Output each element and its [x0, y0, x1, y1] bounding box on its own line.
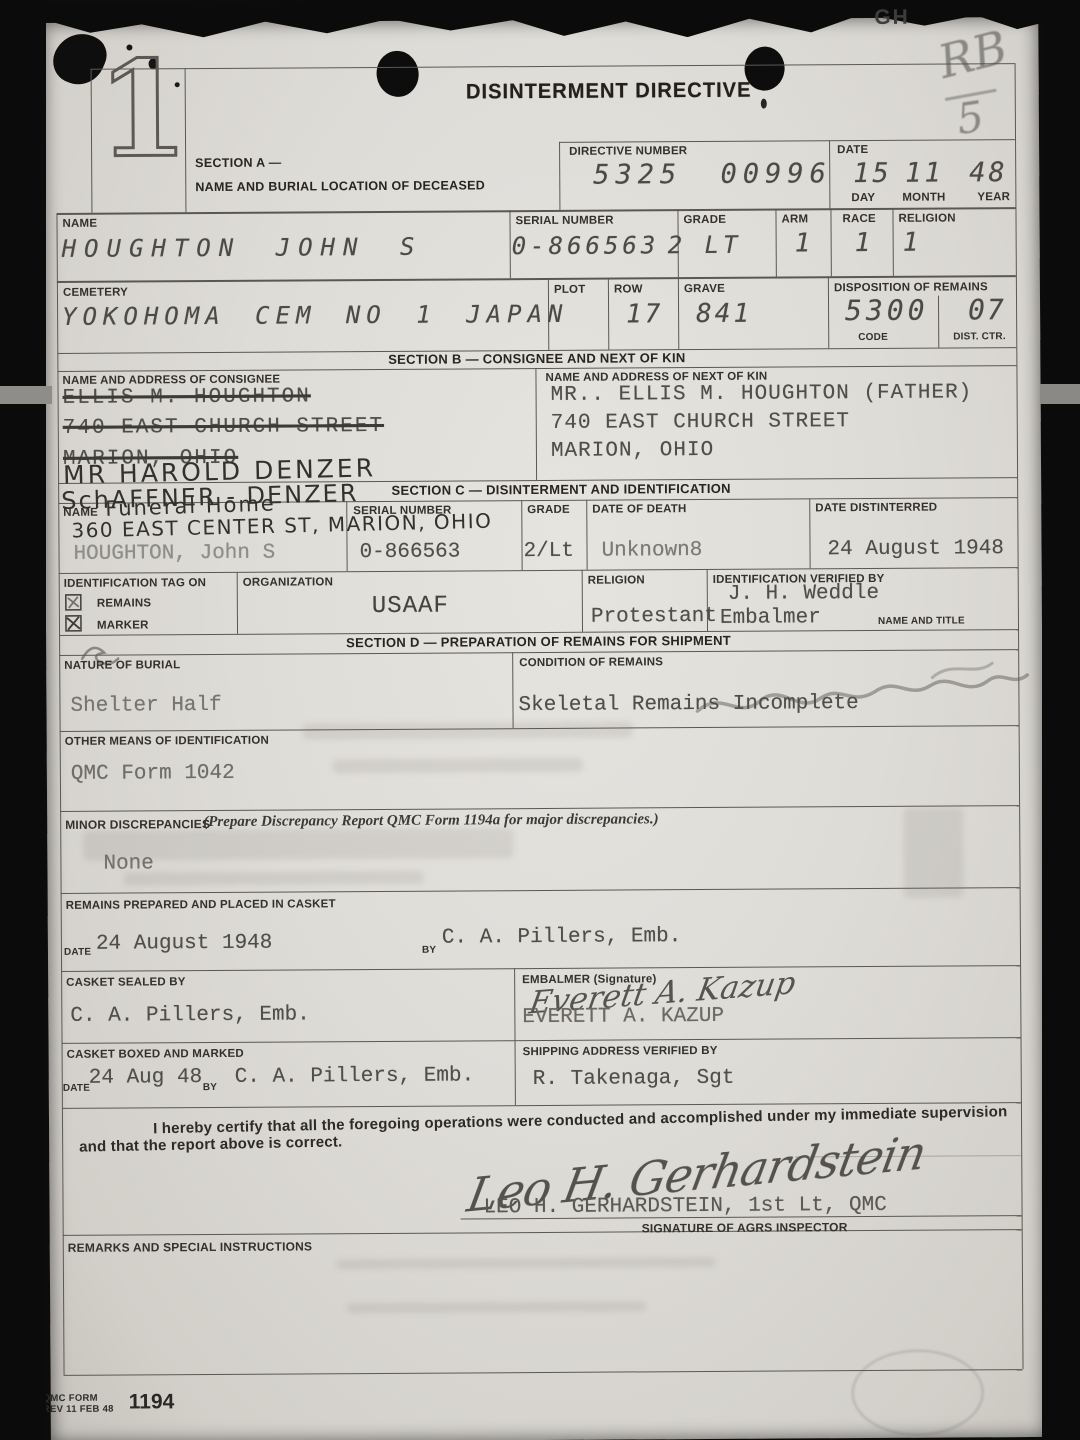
- pencil-scribble-condition: [682, 647, 1042, 729]
- boxed-by-value: C. A. Pillers, Emb.: [235, 1064, 475, 1088]
- row-label: ROW: [614, 283, 643, 295]
- scan-artifacts: [0, 0, 1078, 3]
- month-label: MONTH: [902, 192, 945, 204]
- serial-number-label: SERIAL NUMBER: [515, 215, 613, 228]
- date-month-value: 11: [905, 158, 944, 189]
- religion-label: RELIGION: [898, 212, 955, 224]
- date-of-death-value: Unknown8: [601, 539, 702, 563]
- directive-number-label: DIRECTIVE NUMBER: [569, 145, 687, 158]
- corner-note: GH: [874, 6, 910, 30]
- race-value: 1: [855, 228, 871, 258]
- name-label: NAME: [62, 218, 97, 230]
- next-of-kin-line: MARION, OHIO: [551, 439, 714, 463]
- date-label: DATE: [837, 144, 868, 156]
- consignee-line-struck: ELLIS M. HOUGHTON: [63, 385, 311, 410]
- minor-discrepancies-label: MINOR DISCREPANCIES: [65, 817, 210, 832]
- prepared-by-label: BY: [422, 945, 436, 956]
- minor-discrepancies-value: None: [103, 852, 154, 875]
- left-margin: [0, 0, 46, 1440]
- plot-label: PLOT: [554, 284, 586, 296]
- remarks-label: REMARKS AND SPECIAL INSTRUCTIONS: [68, 1239, 313, 1254]
- boxed-date-label: DATE: [63, 1083, 90, 1094]
- verified-by-name: J. H. Weddle: [728, 582, 879, 606]
- checkbox-marker-icon: [65, 615, 82, 632]
- prepared-date-label: DATE: [64, 947, 91, 958]
- casket-sealed-value: C. A. Pillers, Emb.: [70, 1003, 310, 1027]
- shipping-verified-value: R. Takenaga, Sgt: [533, 1067, 735, 1091]
- disposition-code-value: 5300: [845, 294, 929, 328]
- grade-value: 2 LT: [668, 231, 742, 259]
- dist-ctr-label: DIST. CTR.: [953, 331, 1006, 342]
- disposition-dist-value: 07: [968, 293, 1006, 326]
- organization-value: USAAF: [372, 593, 449, 620]
- grade-label: GRADE: [683, 214, 726, 226]
- year-label: YEAR: [977, 191, 1010, 203]
- form-id-line1: QMC FORM: [43, 1393, 98, 1404]
- casket-boxed-label: CASKET BOXED AND MARKED: [67, 1048, 244, 1061]
- date-disinterred-value: 24 August 1948: [827, 537, 1004, 561]
- cemetery-value: YOKOHOMA CEM NO 1 JAPAN: [62, 300, 569, 331]
- right-gray-tab: [1040, 384, 1080, 404]
- verified-by-title: Embalmer: [720, 606, 821, 630]
- scanned-document: GH RB 5 1 DISINTERMENT DIRECTIVE SECTION…: [0, 0, 1080, 1440]
- stamp-faint: [851, 1349, 984, 1436]
- other-means-value: QMC Form 1042: [71, 762, 235, 786]
- race-label: RACE: [842, 213, 875, 225]
- next-of-kin-line: MR.. ELLIS M. HOUGHTON (FATHER): [551, 381, 973, 407]
- embalmer-typed-name: EVERETT A. KAZUP: [522, 1005, 724, 1029]
- directive-number-value: 5325 00996: [593, 158, 832, 190]
- marker-checkbox-label: MARKER: [97, 619, 149, 631]
- grave-label: GRAVE: [684, 283, 725, 295]
- date-disinterred-label: DATE DISTINTERRED: [815, 502, 937, 515]
- name-value: HOUGHTON JOHN S: [62, 233, 423, 263]
- remains-prepared-label: REMAINS PREPARED AND PLACED IN CASKET: [66, 898, 336, 912]
- form-number: 1194: [129, 1390, 175, 1414]
- c-name-value: HOUGHTON, John S: [73, 542, 275, 566]
- other-means-label: OTHER MEANS OF IDENTIFICATION: [65, 735, 269, 748]
- form-title: DISINTERMENT DIRECTIVE: [436, 79, 782, 105]
- prepared-by-value: C. A. Pillers, Emb.: [442, 925, 682, 949]
- section-a-label: SECTION A —: [195, 156, 281, 171]
- name-and-title-label: NAME AND TITLE: [878, 615, 965, 627]
- day-label: DAY: [851, 192, 875, 204]
- cemetery-label: CEMETERY: [63, 287, 128, 299]
- condition-of-remains-value: Skeletal Remains Incomplete: [518, 692, 858, 717]
- religion-value: 1: [903, 228, 919, 258]
- checkbox-remains-icon: [65, 594, 82, 611]
- c-serial-value: 0-866563: [359, 540, 460, 564]
- right-margin: [1042, 0, 1080, 1440]
- arm-value: 1: [795, 228, 811, 258]
- shipping-verified-label: SHIPPING ADDRESS VERIFIED BY: [523, 1045, 718, 1058]
- minor-discrepancies-note: (Prepare Discrepancy Report QMC Form 119…: [203, 811, 658, 831]
- identification-tag-label: IDENTIFICATION TAG ON: [64, 577, 206, 590]
- c-grade-value: 2/Lt: [523, 540, 574, 563]
- date-year-value: 48: [969, 157, 1008, 188]
- prepared-date-value: 24 August 1948: [96, 932, 273, 956]
- nature-of-burial-value: Shelter Half: [70, 694, 221, 718]
- c-religion-label: RELIGION: [588, 574, 645, 586]
- arm-label: ARM: [781, 213, 808, 225]
- date-of-death-label: DATE OF DEATH: [592, 503, 686, 516]
- boxed-by-label: BY: [203, 1082, 217, 1093]
- organization-label: ORGANIZATION: [243, 576, 333, 589]
- sheet-number: 1: [96, 44, 189, 177]
- grave-value: 841: [696, 299, 752, 329]
- boxed-date-value: 24 Aug 48: [89, 1066, 203, 1090]
- next-of-kin-line: 740 EAST CHURCH STREET: [551, 410, 850, 435]
- serial-number-value: 0-866563: [512, 231, 660, 260]
- casket-sealed-label: CASKET SEALED BY: [66, 976, 186, 989]
- nature-of-burial-label: NATURE OF BURIAL: [64, 659, 180, 672]
- signature-of-agrs-inspector-label: SIGNATURE OF AGRS INSPECTOR: [642, 1220, 848, 1235]
- inspector-typed-name: LEO H. GERHARDSTEIN, 1st Lt, QMC: [483, 1194, 886, 1219]
- c-serial-label: SERIAL NUMBER: [353, 505, 451, 518]
- c-religion-value: Protestant: [591, 605, 717, 629]
- disposition-label: DISPOSITION OF REMAINS: [834, 281, 988, 294]
- code-label: CODE: [858, 332, 888, 343]
- row-value: 17: [626, 299, 663, 329]
- date-day-value: 15: [853, 158, 892, 189]
- c-grade-label: GRADE: [527, 504, 570, 516]
- form-id-line2: REV 11 FEB 48: [43, 1404, 114, 1415]
- section-a-sublabel: NAME AND BURIAL LOCATION OF DECEASED: [195, 178, 485, 194]
- left-gray-tab: [0, 386, 52, 404]
- remains-checkbox-label: REMAINS: [97, 597, 152, 609]
- condition-of-remains-label: CONDITION OF REMAINS: [519, 656, 663, 669]
- consignee-line-struck: 740 EAST CHURCH STREET: [63, 415, 384, 440]
